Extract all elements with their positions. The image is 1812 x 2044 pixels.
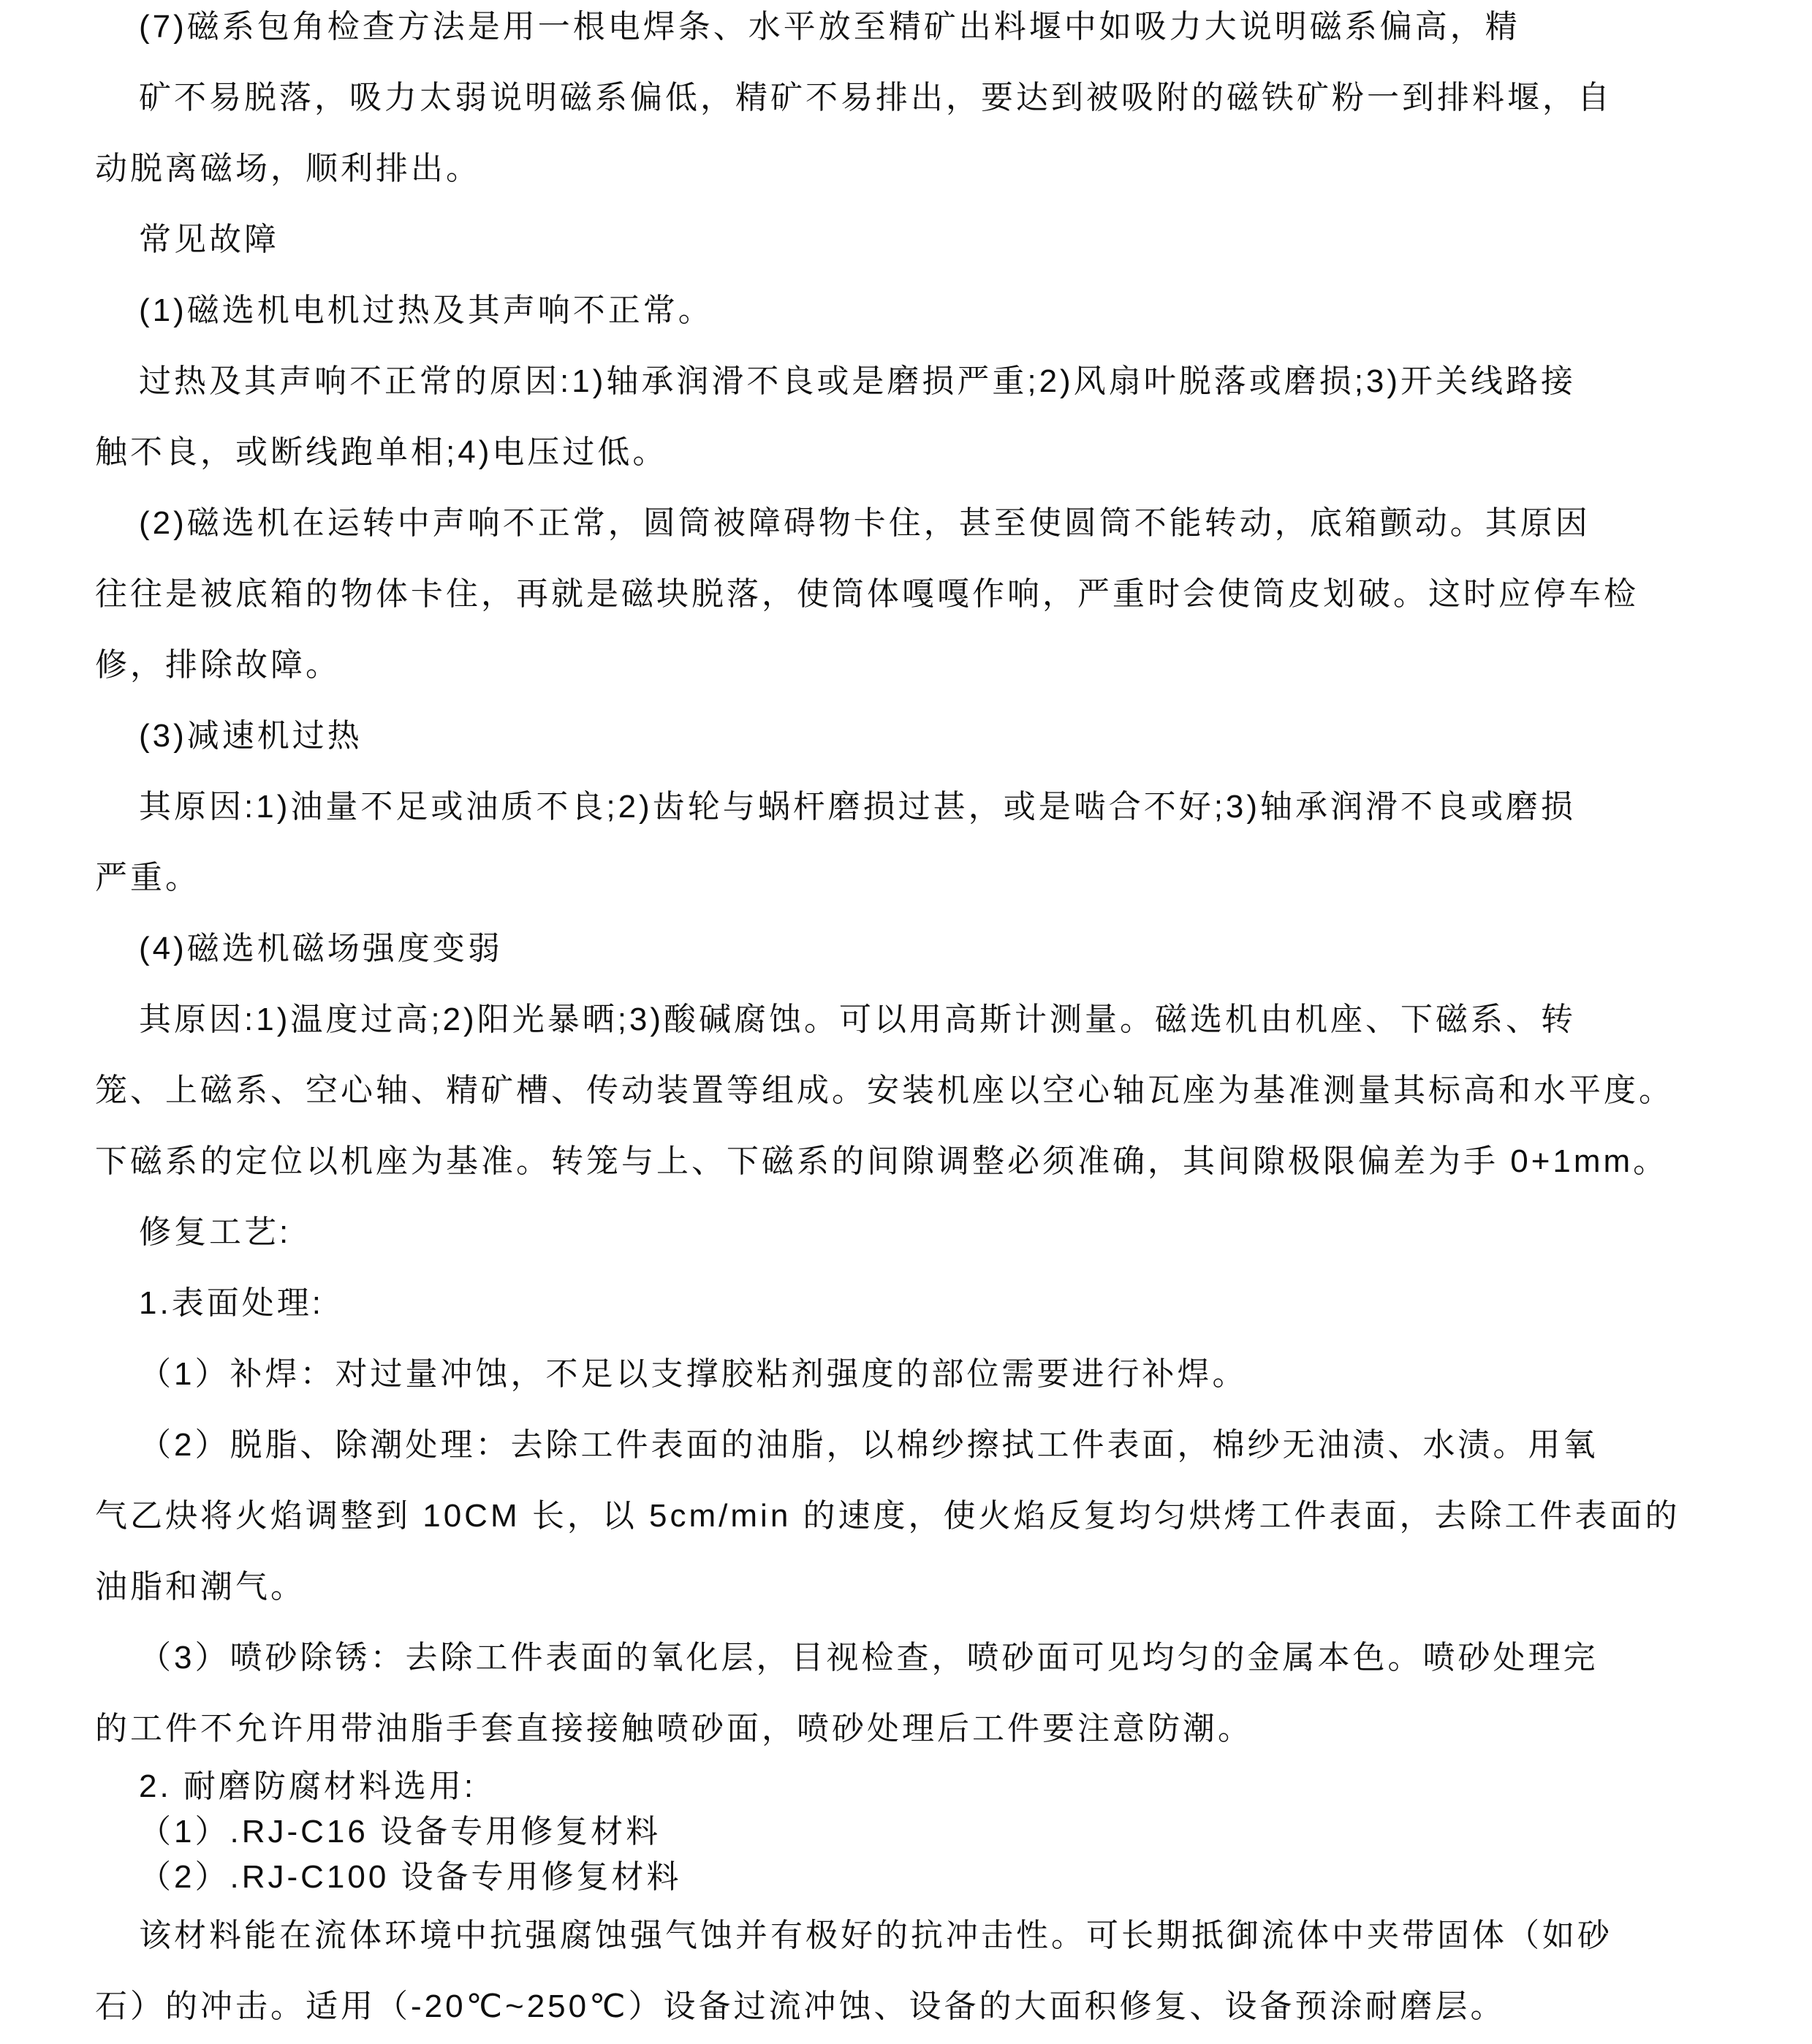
paragraph-line: 触不良，或断线跑单相;4)电压过低。 [95, 417, 1718, 488]
paragraph-line: （1）补焊：对过量冲蚀，不足以支撑胶粘剂强度的部位需要进行补焊。 [95, 1339, 1718, 1409]
section-heading: 常见故障 [95, 204, 1718, 275]
paragraph-line: 往往是被底箱的物体卡住，再就是磁块脱落，使筒体嘎嘎作响，严重时会使筒皮划破。这时… [95, 559, 1718, 629]
paragraph-line: 该材料能在流体环境中抗强腐蚀强气蚀并有极好的抗冲击性。可长期抵御流体中夹带固体（… [95, 1900, 1718, 1971]
paragraph-line: (3)减速机过热 [95, 700, 1718, 771]
paragraph-line: 笼、上磁系、空心轴、精矿槽、传动装置等组成。安装机座以空心轴瓦座为基准测量其标高… [95, 1055, 1718, 1126]
list-item: （1）.RJ-C16 设备专用修复材料 [95, 1809, 1718, 1855]
section-heading: 2. 耐磨防腐材料选用: [95, 1764, 1718, 1809]
paragraph-line: 下磁系的定位以机座为基准。转笼与上、下磁系的间隙调整必须准确，其间隙极限偏差为手… [95, 1126, 1718, 1197]
paragraph-line: 其原因:1)温度过高;2)阳光暴晒;3)酸碱腐蚀。可以用高斯计测量。磁选机由机座… [95, 984, 1718, 1055]
paragraph-line: 的工件不允许用带油脂手套直接接触喷砂面，喷砂处理后工件要注意防潮。 [95, 1693, 1718, 1764]
paragraph-line: (1)磁选机电机过热及其声响不正常。 [95, 275, 1718, 346]
paragraph-line: 过热及其声响不正常的原因:1)轴承润滑不良或是磨损严重;2)风扇叶脱落或磨损;3… [95, 346, 1718, 417]
section-heading: 修复工艺: [95, 1197, 1718, 1268]
paragraph-line: 石）的冲击。适用（-20℃~250℃）设备过流冲蚀、设备的大面积修复、设备预涂耐… [95, 1971, 1718, 2042]
list-item: （2）.RJ-C100 设备专用修复材料 [95, 1855, 1718, 1900]
paragraph-line: 矿不易脱落，吸力太弱说明磁系偏低，精矿不易排出，要达到被吸附的磁铁矿粉一到排料堰… [95, 62, 1718, 133]
paragraph-line: （2）脱脂、除潮处理：去除工件表面的油脂，以棉纱擦拭工件表面，棉纱无油渍、水渍。… [95, 1409, 1718, 1480]
paragraph-line: 其原因:1)油量不足或油质不良;2)齿轮与蜗杆磨损过甚，或是啮合不好;3)轴承润… [95, 771, 1718, 842]
section-heading: 1.表面处理: [95, 1268, 1718, 1339]
document-page: (7)磁系包角检查方法是用一根电焊条、水平放至精矿出料堰中如吸力大说明磁系偏高，… [0, 0, 1812, 2044]
paragraph-line: (4)磁选机磁场强度变弱 [95, 913, 1718, 984]
paragraph-line: 油脂和潮气。 [95, 1551, 1718, 1622]
paragraph-line: 气乙炔将火焰调整到 10CM 长，以 5cm/min 的速度，使火焰反复均匀烘烤… [95, 1480, 1718, 1551]
paragraph-line: 修，排除故障。 [95, 629, 1718, 700]
paragraph-line: 动脱离磁场，顺利排出。 [95, 133, 1718, 204]
paragraph-line: (2)磁选机在运转中声响不正常，圆筒被障碍物卡住，甚至使圆筒不能转动，底箱颤动。… [95, 488, 1718, 559]
paragraph-line: 严重。 [95, 842, 1718, 913]
paragraph-line: (7)磁系包角检查方法是用一根电焊条、水平放至精矿出料堰中如吸力大说明磁系偏高，… [95, 0, 1718, 62]
paragraph-line: （3）喷砂除锈：去除工件表面的氧化层，目视检查，喷砂面可见均匀的金属本色。喷砂处… [95, 1622, 1718, 1693]
document-body: (7)磁系包角检查方法是用一根电焊条、水平放至精矿出料堰中如吸力大说明磁系偏高，… [95, 0, 1718, 2042]
